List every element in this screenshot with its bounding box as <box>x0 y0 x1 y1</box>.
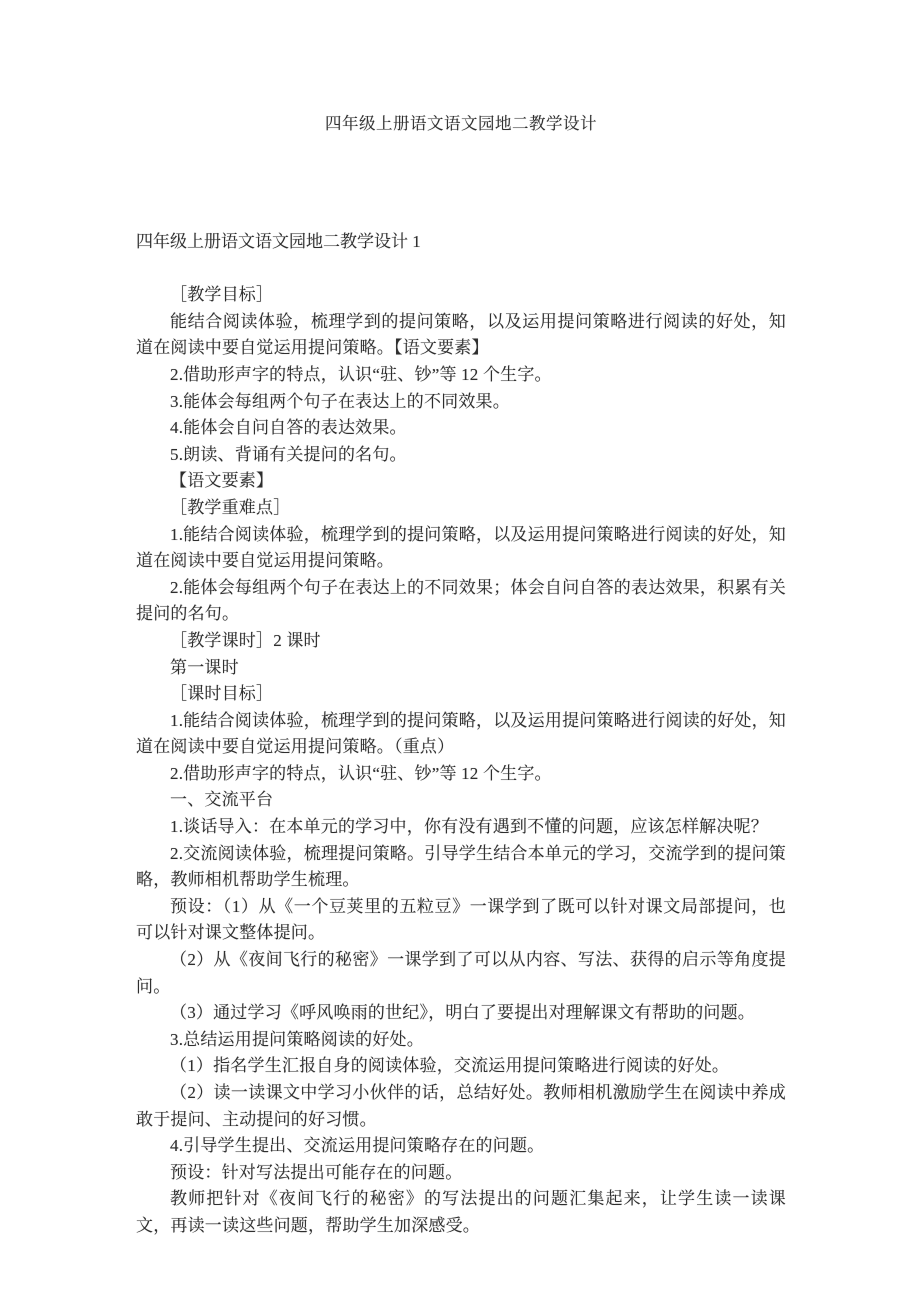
document-title: 四年级上册语文语文园地二教学设计 <box>136 111 786 138</box>
paragraph: 预设：针对写法提出可能存在的问题。 <box>136 1160 786 1187</box>
paragraph-key-points-label: ［教学重难点］ <box>136 495 786 522</box>
paragraph: 4.能体会自问自答的表达效果。 <box>136 415 786 442</box>
paragraph-teaching-goals-label: ［教学目标］ <box>136 282 786 309</box>
paragraph: 2.交流阅读体验，梳理提问策略。引导学生结合本单元的学习，交流学到的提问策略，教… <box>136 841 786 894</box>
paragraph-chinese-element-label: 【语文要素】 <box>136 468 786 495</box>
paragraph: （2）从《夜间飞行的秘密》一课学到了可以从内容、写法、获得的启示等角度提问。 <box>136 947 786 1000</box>
paragraph: 能结合阅读体验，梳理学到的提问策略，以及运用提问策略进行阅读的好处，知道在阅读中… <box>136 309 786 362</box>
paragraph: 4.引导学生提出、交流运用提问策略存在的问题。 <box>136 1133 786 1160</box>
paragraph: （2）读一读课文中学习小伙伴的话，总结好处。教师相机激励学生在阅读中养成敢于提问… <box>136 1080 786 1133</box>
paragraph-first-lesson-label: 第一课时 <box>136 655 786 682</box>
paragraph: 教师把针对《夜间飞行的秘密》的写法提出的问题汇集起来，让学生读一读课文，再读一读… <box>136 1186 786 1239</box>
paragraph: 预设：（1）从《一个豆荚里的五粒豆》一课学到了既可以针对课文局部提问，也可以针对… <box>136 894 786 947</box>
paragraph: 1.能结合阅读体验，梳理学到的提问策略，以及运用提问策略进行阅读的好处，知道在阅… <box>136 522 786 575</box>
paragraph: 5.朗读、背诵有关提问的名句。 <box>136 442 786 469</box>
paragraph-section-one-label: 一、交流平台 <box>136 787 786 814</box>
paragraph-class-hours-label: ［教学课时］2 课时 <box>136 628 786 655</box>
document-page: 四年级上册语文语文园地二教学设计 四年级上册语文语文园地二教学设计 1 ［教学目… <box>0 0 920 1302</box>
paragraph: 1.能结合阅读体验，梳理学到的提问策略，以及运用提问策略进行阅读的好处，知道在阅… <box>136 708 786 761</box>
paragraph-lesson-goals-label: ［课时目标］ <box>136 681 786 708</box>
paragraph: （1）指名学生汇报自身的阅读体验，交流运用提问策略进行阅读的好处。 <box>136 1053 786 1080</box>
paragraph: 2.借助形声字的特点，认识“驻、钞”等 12 个生字。 <box>136 362 786 389</box>
paragraph: 3.能体会每组两个句子在表达上的不同效果。 <box>136 389 786 416</box>
section-heading: 四年级上册语文语文园地二教学设计 1 <box>136 229 786 256</box>
paragraph: 2.借助形声字的特点，认识“驻、钞”等 12 个生字。 <box>136 761 786 788</box>
paragraph: 3.总结运用提问策略阅读的好处。 <box>136 1027 786 1054</box>
paragraph: （3）通过学习《呼风唤雨的世纪》，明白了要提出对理解课文有帮助的问题。 <box>136 1000 786 1027</box>
paragraph: 2.能体会每组两个句子在表达上的不同效果；体会自问自答的表达效果，积累有关提问的… <box>136 575 786 628</box>
paragraph: 1.谈话导入：在本单元的学习中，你有没有遇到不懂的问题，应该怎样解决呢？ <box>136 814 786 841</box>
